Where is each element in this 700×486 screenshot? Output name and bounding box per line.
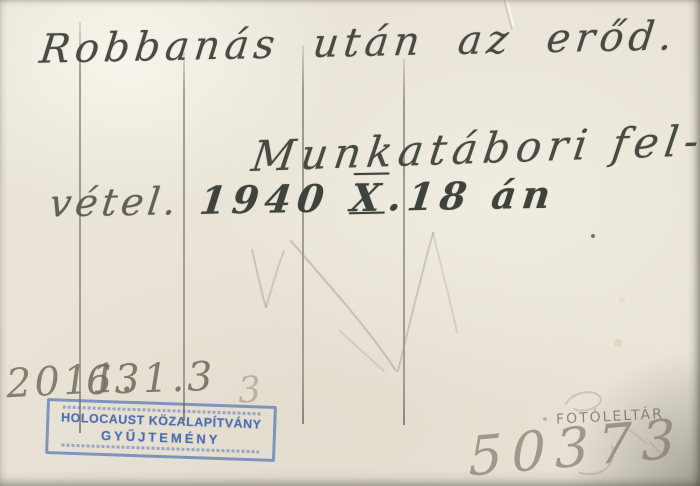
inscription-word-vetel: vétel. bbox=[47, 179, 182, 225]
photo-back-scan: Robbanás után az erőd. Munkatábori fel- … bbox=[0, 0, 700, 486]
inscription-line-1: Robbanás után az erőd. bbox=[37, 13, 679, 72]
column-line-4 bbox=[403, 58, 405, 425]
inscription-line-3: vétel.1940 X.18 án bbox=[47, 172, 558, 226]
paper-specks bbox=[543, 234, 625, 421]
inscription-line-2: Munkatábori fel- bbox=[249, 116, 700, 181]
inscription-date: 1940 X.18 án bbox=[197, 172, 559, 223]
date-year: 1940 bbox=[197, 175, 332, 222]
inventory-number: 50373 bbox=[468, 406, 685, 486]
accession-number-part2: 631.3 bbox=[85, 354, 216, 404]
column-line-3 bbox=[302, 45, 304, 424]
archive-stamp: HOLOCAUST KÖZALAPÍTVÁNY GYŰJTEMÉNY bbox=[45, 398, 277, 462]
date-month-roman: X bbox=[348, 174, 389, 220]
date-day: .18 án bbox=[386, 172, 559, 220]
